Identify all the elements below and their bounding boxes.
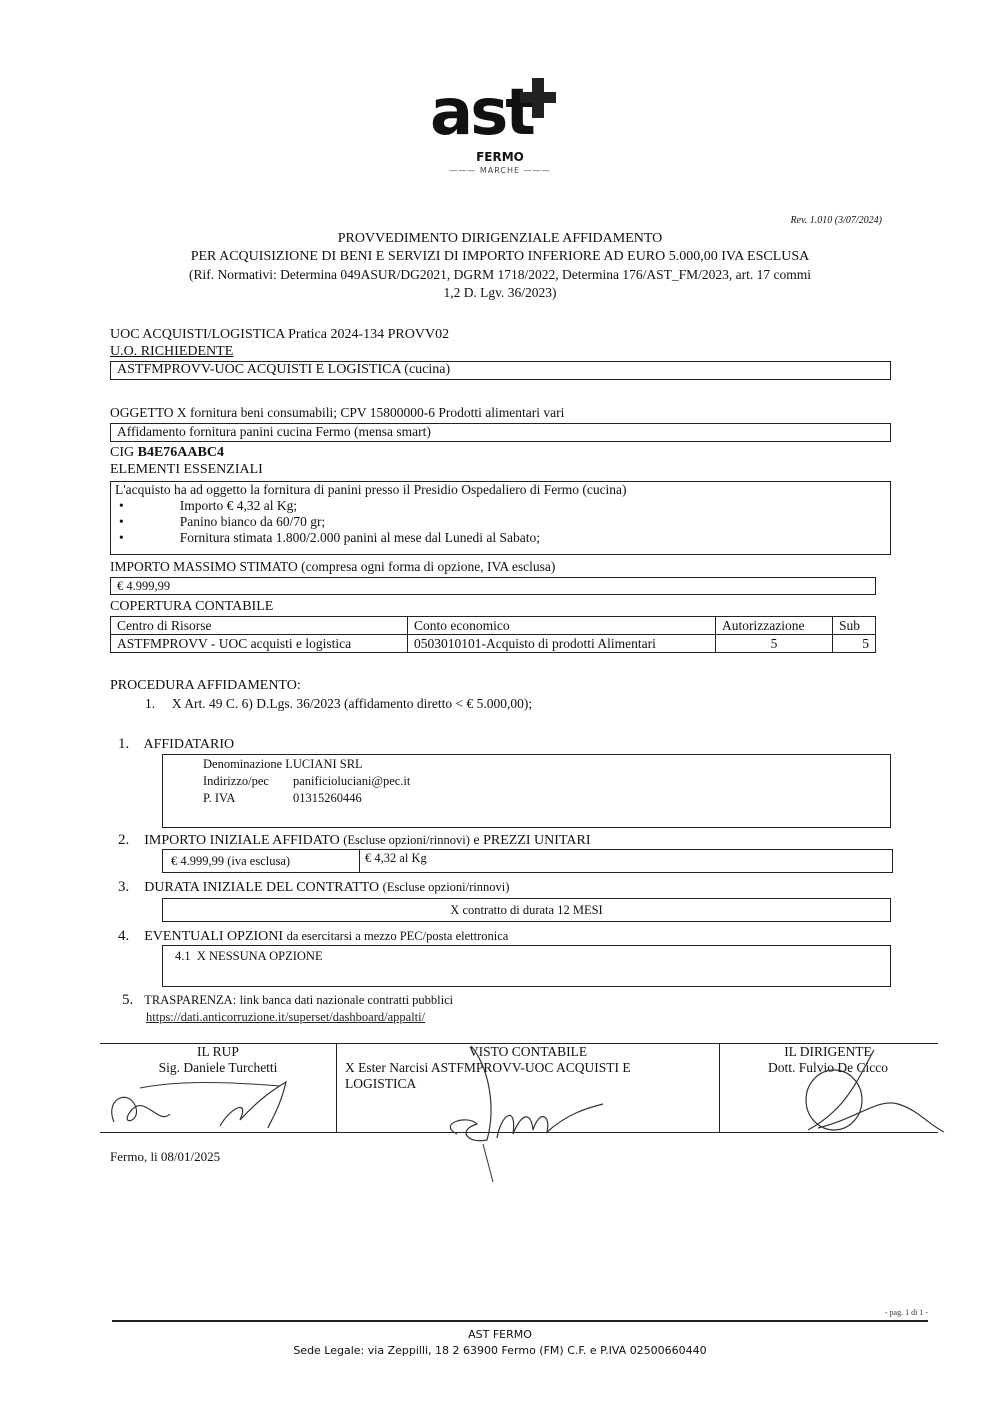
header-conto: Conto economico xyxy=(408,617,716,635)
durata-value: X contratto di durata 12 MESI xyxy=(163,899,890,921)
page-number: - pag. 1 di 1 - xyxy=(885,1308,928,1317)
cell-centro: ASTFMPROVV - UOC acquisti e logistica xyxy=(111,635,408,653)
section-label: AFFIDATARIO xyxy=(143,737,234,752)
signature-dirigente: IL DIRIGENTE Dott. Fulvio De Cicco xyxy=(718,1044,938,1132)
elementi-intro: L'acquisto ha ad oggetto la fornitura di… xyxy=(111,482,890,498)
uo-richiedente-box: ASTFMPROVV-UOC ACQUISTI E LOGISTICA (cuc… xyxy=(110,361,891,380)
section-sublabel: da esercitarsi a mezzo PEC/posta elettro… xyxy=(287,929,509,943)
opzioni-value: 4.1 X NESSUNA OPZIONE xyxy=(175,949,323,964)
importo-iniziale-heading: 2. IMPORTO INIZIALE AFFIDATO (Escluse op… xyxy=(118,832,591,849)
elementi-essenziali-box: L'acquisto ha ad oggetto la fornitura di… xyxy=(110,481,891,555)
cell-sub: 5 xyxy=(833,635,876,653)
bullet-icon: • xyxy=(119,530,124,545)
rup-signature-icon xyxy=(100,1078,336,1130)
denominazione-value: LUCIANI SRL xyxy=(285,757,362,771)
divider xyxy=(359,850,360,872)
importo-iniziale-box: € 4.999,99 (iva esclusa) € 4,32 al Kg xyxy=(162,849,893,873)
pec-value: panificioluciani@pec.it xyxy=(293,774,410,789)
section-sublabel: (Escluse opzioni/rinnovi) xyxy=(343,833,470,847)
section-number: 2. xyxy=(118,832,129,848)
durata-box: X contratto di durata 12 MESI xyxy=(162,898,891,922)
importo-iniziale-value: € 4.999,99 (iva esclusa) xyxy=(171,854,290,869)
section-number: 4. xyxy=(118,928,129,944)
section-label: DURATA INIZIALE DEL CONTRATTO xyxy=(144,880,379,895)
bullet-text: Panino bianco da 60/70 gr; xyxy=(180,514,325,529)
section-sublabel: (Escluse opzioni/rinnovi) xyxy=(383,880,510,894)
header-sub: Sub xyxy=(833,617,876,635)
pec-label: Indirizzo/pec xyxy=(203,774,269,789)
opzioni-heading: 4. EVENTUALI OPZIONI da esercitarsi a me… xyxy=(118,928,508,945)
affidatario-heading: 1. AFFIDATARIO xyxy=(118,736,234,753)
bullet-text: Importo € 4,32 al Kg; xyxy=(180,498,297,513)
trasparenza-link[interactable]: https://dati.anticorruzione.it/superset/… xyxy=(146,1010,425,1025)
copertura-label: COPERTURA CONTABILE xyxy=(110,598,273,615)
denominazione-row: Denominazione LUCIANI SRL xyxy=(203,757,363,772)
footer-divider xyxy=(112,1320,928,1322)
document-title: PROVVEDIMENTO DIRIGENZIALE AFFIDAMENTO P… xyxy=(100,230,900,302)
title-line-1: PROVVEDIMENTO DIRIGENZIALE AFFIDAMENTO xyxy=(100,230,900,248)
cross-icon-bar xyxy=(520,92,556,103)
cell-conto: 0503010101-Acquisto di prodotti Alimenta… xyxy=(408,635,716,653)
table-row: ASTFMPROVV - UOC acquisti e logistica 05… xyxy=(111,635,876,653)
opzioni-box: 4.1 X NESSUNA OPZIONE xyxy=(162,945,891,987)
section-number: 1. xyxy=(118,736,129,752)
pratica-label: UOC ACQUISTI/LOGISTICA Pratica 2024-134 … xyxy=(110,326,449,343)
signature-rup: IL RUP Sig. Daniele Turchetti xyxy=(100,1044,336,1132)
section-label: IMPORTO INIZIALE AFFIDATO xyxy=(144,833,339,848)
title-line-4: 1,2 D. Lgv. 36/2023) xyxy=(100,284,900,302)
bullet-item: •Panino bianco da 60/70 gr; xyxy=(111,514,890,530)
revision-label: Rev. 1.010 (3/07/2024) xyxy=(791,215,882,226)
section-label-tail: e PREZZI UNITARI xyxy=(473,833,590,848)
bullet-item: •Importo € 4,32 al Kg; xyxy=(111,498,890,514)
footer-address: Sede Legale: via Zeppilli, 18 2 63900 Fe… xyxy=(0,1344,1000,1357)
piva-label: P. IVA xyxy=(203,791,235,806)
ast-fermo-logo: ast FERMO ——— MARCHE ——— xyxy=(420,78,580,188)
procedura-label: PROCEDURA AFFIDAMENTO: xyxy=(110,677,301,694)
affidatario-box: Denominazione LUCIANI SRL Indirizzo/pec … xyxy=(162,754,891,828)
place-date: Fermo, li 08/01/2025 xyxy=(110,1148,220,1165)
oggetto-value: Affidamento fornitura panini cucina Ferm… xyxy=(111,424,890,440)
section-label: TRASPARENZA: xyxy=(144,993,236,1007)
header-centro: Centro di Risorse xyxy=(111,617,408,635)
signature-visto: VISTO CONTABILE X Ester Narcisi ASTFMPRO… xyxy=(336,1044,720,1132)
durata-heading: 3. DURATA INIZIALE DEL CONTRATTO (Esclus… xyxy=(118,879,509,896)
visto-signature-icon xyxy=(427,1044,627,1184)
footer-org: AST FERMO xyxy=(0,1328,1000,1341)
bullet-text: Fornitura stimata 1.800/2.000 panini al … xyxy=(180,530,540,545)
section-sublabel: link banca dati nazionale contratti pubb… xyxy=(240,993,453,1007)
bullet-icon: • xyxy=(119,514,124,529)
cig-line: CIG B4E76AABC4 xyxy=(110,444,224,461)
uo-richiedente-label: U.O. RICHIEDENTE xyxy=(110,343,233,360)
piva-value: 01315260446 xyxy=(293,791,362,806)
table-header-row: Centro di Risorse Conto economico Autori… xyxy=(111,617,876,635)
header-autorizzazione: Autorizzazione xyxy=(716,617,833,635)
logo-region: ——— MARCHE ——— xyxy=(420,166,580,175)
procedura-item-number: 1. xyxy=(145,696,155,711)
rup-title: IL RUP xyxy=(100,1044,336,1060)
denominazione-label: Denominazione xyxy=(203,757,282,771)
cig-value: B4E76AABC4 xyxy=(138,445,224,460)
cig-label: CIG xyxy=(110,445,134,460)
bullet-icon: • xyxy=(119,498,124,513)
dirigente-signature-icon xyxy=(778,1048,948,1134)
elementi-essenziali-label: ELEMENTI ESSENZIALI xyxy=(110,461,263,478)
prezzo-unitario-value: € 4,32 al Kg xyxy=(365,851,427,866)
bullet-item: •Fornitura stimata 1.800/2.000 panini al… xyxy=(111,530,890,546)
cell-autorizzazione: 5 xyxy=(716,635,833,653)
importo-massimo-value: € 4.999,99 xyxy=(111,578,875,594)
oggetto-label: OGGETTO X fornitura beni consumabili; CP… xyxy=(110,404,564,421)
title-line-3: (Rif. Normativi: Determina 049ASUR/DG202… xyxy=(100,266,900,284)
importo-massimo-box: € 4.999,99 xyxy=(110,577,876,595)
logo-wordmark: ast xyxy=(430,78,533,148)
importo-massimo-label: IMPORTO MASSIMO STIMATO (compresa ogni f… xyxy=(110,558,555,575)
procedura-item-text: X Art. 49 C. 6) D.Lgs. 36/2023 (affidame… xyxy=(172,696,532,711)
section-number: 5. xyxy=(122,992,133,1008)
oggetto-box: Affidamento fornitura panini cucina Ferm… xyxy=(110,423,891,442)
uo-richiedente-value: ASTFMPROVV-UOC ACQUISTI E LOGISTICA (cuc… xyxy=(111,362,890,378)
signature-table: IL RUP Sig. Daniele Turchetti VISTO CONT… xyxy=(100,1043,938,1133)
section-number: 3. xyxy=(118,879,129,895)
copertura-table: Centro di Risorse Conto economico Autori… xyxy=(110,616,876,653)
procedura-item: 1. X Art. 49 C. 6) D.Lgs. 36/2023 (affid… xyxy=(145,695,532,712)
rup-name: Sig. Daniele Turchetti xyxy=(100,1060,336,1076)
title-line-2: PER ACQUISIZIONE DI BENI E SERVIZI DI IM… xyxy=(100,248,900,266)
section-label: EVENTUALI OPZIONI xyxy=(144,929,283,944)
trasparenza-heading: 5. TRASPARENZA: link banca dati nazional… xyxy=(122,992,453,1009)
logo-city: FERMO xyxy=(420,150,580,164)
